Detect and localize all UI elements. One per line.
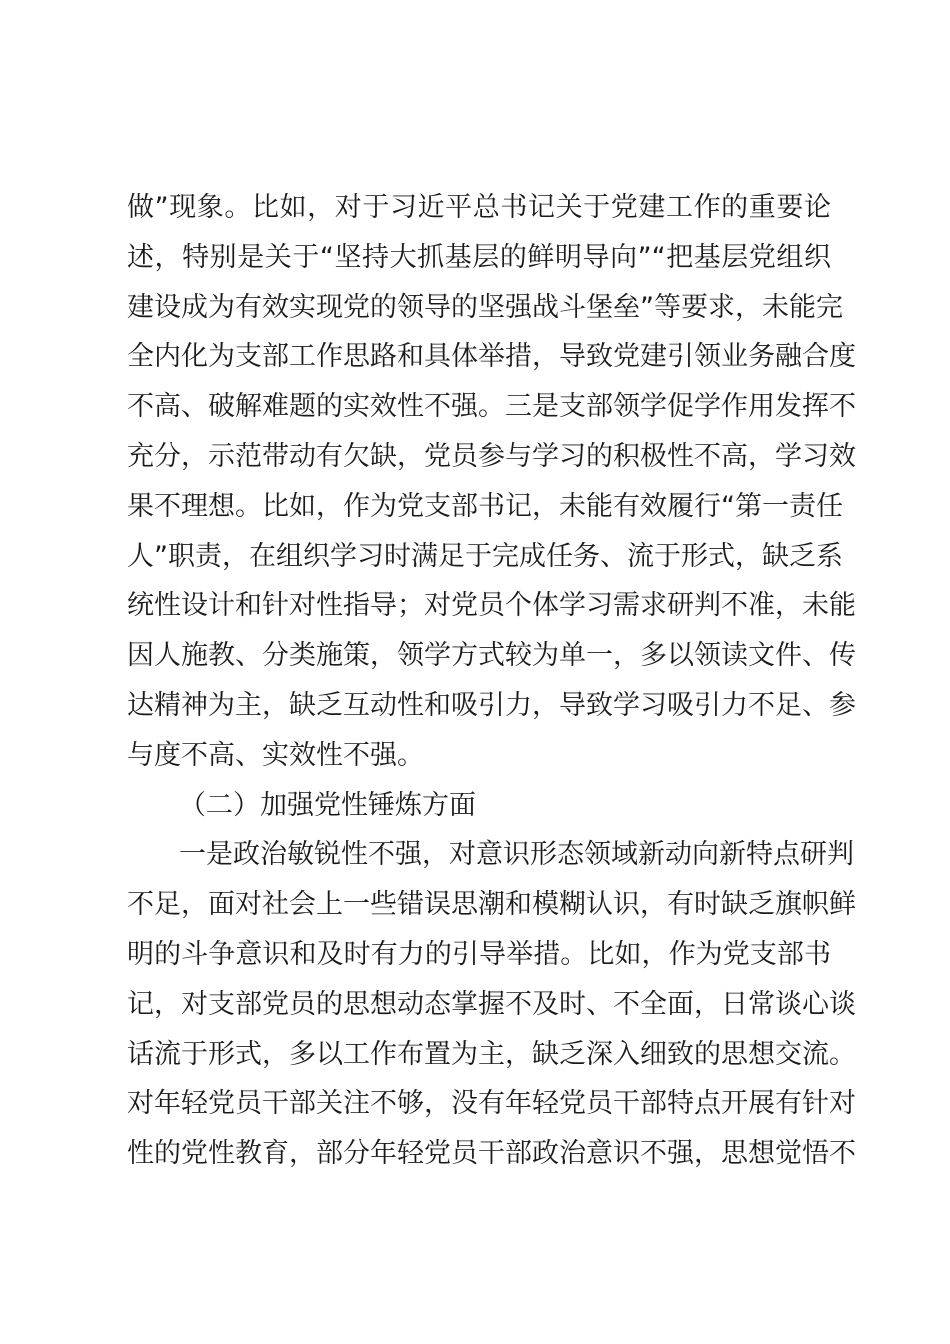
text-line: 不高、破解难题的实效性不强。三是支部领学促学作用发挥不: [127, 382, 831, 432]
paragraph-2: 一是政治敏锐性不强，对意识形态领域新动向新特点研判 不足，面对社会上一些错误思潮…: [127, 830, 831, 1179]
text-line: 果不理想。比如，作为党支部书记，未能有效履行“第一责任: [127, 482, 831, 532]
text-line: 人”职责，在组织学习时满足于完成任务、流于形式，缺乏系: [127, 532, 831, 582]
text-line: 明的斗争意识和及时有力的引导举措。比如，作为党支部书: [127, 930, 831, 980]
section-heading: （二）加强党性锤炼方面: [127, 781, 831, 831]
text-line: 记，对支部党员的思想动态掌握不及时、不全面，日常谈心谈: [127, 980, 831, 1030]
text-line: 与度不高、实效性不强。: [127, 731, 831, 781]
paragraph-1: 做”现象。比如，对于习近平总书记关于党建工作的重要论 述，特别是关于“坚持大抓基…: [127, 183, 831, 781]
text-line: 不足，面对社会上一些错误思潮和模糊认识，有时缺乏旗帜鲜: [127, 880, 831, 930]
text-line: 全内化为支部工作思路和具体举措，导致党建引领业务融合度: [127, 332, 831, 382]
text-line: 统性设计和针对性指导；对党员个体学习需求研判不准，未能: [127, 581, 831, 631]
text-line: 因人施教、分类施策，领学方式较为单一，多以领读文件、传: [127, 631, 831, 681]
text-line: 充分，示范带动有欠缺，党员参与学习的积极性不高，学习效: [127, 432, 831, 482]
text-line: 性的党性教育，部分年轻党员干部政治意识不强，思想觉悟不: [127, 1129, 831, 1179]
text-line: 建设成为有效实现党的领导的坚强战斗堡垒”等要求，未能完: [127, 283, 831, 333]
document-page: 做”现象。比如，对于习近平总书记关于党建工作的重要论 述，特别是关于“坚持大抓基…: [127, 183, 831, 1179]
text-line: 做”现象。比如，对于习近平总书记关于党建工作的重要论: [127, 183, 831, 233]
text-line: 对年轻党员干部关注不够，没有年轻党员干部特点开展有针对: [127, 1079, 831, 1129]
text-line: 述，特别是关于“坚持大抓基层的鲜明导向”“把基层党组织: [127, 233, 831, 283]
text-line: 达精神为主，缺乏互动性和吸引力，导致学习吸引力不足、参: [127, 681, 831, 731]
text-line: 话流于形式，多以工作布置为主，缺乏深入细致的思想交流。: [127, 1030, 831, 1080]
text-line: 一是政治敏锐性不强，对意识形态领域新动向新特点研判: [127, 830, 831, 880]
